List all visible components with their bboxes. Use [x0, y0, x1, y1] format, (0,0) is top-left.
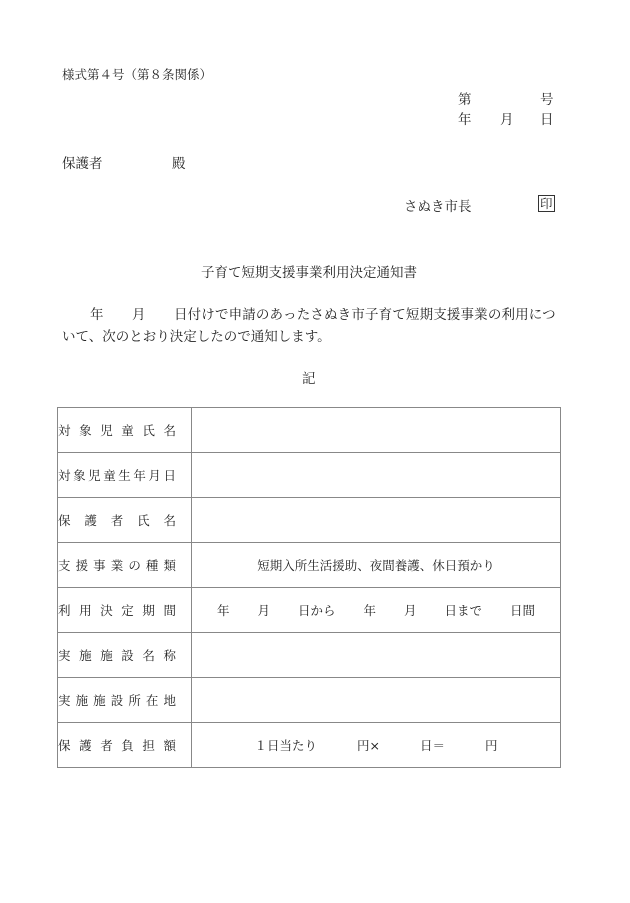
addressee-honorific: 殿 — [172, 152, 186, 172]
table-row: 実施施設所在地 — [58, 678, 561, 723]
row-label: 保護者負担額 — [58, 723, 192, 768]
table-row: 実施施設名称 — [58, 633, 561, 678]
child-birthdate-field — [192, 453, 561, 498]
doc-number-suffix: 号 — [540, 88, 554, 108]
row-label: 支援事業の種類 — [58, 543, 192, 588]
cost-per-day-label: １日当たり — [254, 736, 317, 754]
issuer-name: さぬき市長 — [404, 195, 472, 215]
table-row: 対象児童氏名 — [58, 408, 561, 453]
facility-name-field — [192, 633, 561, 678]
date-year: 年 — [458, 108, 472, 128]
period-start-month: 月 — [257, 601, 270, 619]
cost-days-equals: 日＝ — [420, 736, 445, 754]
label-text: 保護者氏名 — [58, 511, 176, 529]
row-label: 利用決定期間 — [58, 588, 192, 633]
ki-heading: 記 — [302, 367, 316, 387]
date-day: 日 — [540, 108, 554, 128]
decision-table: 対象児童氏名 対象児童生年月日 保護者氏名 支援事業の種類 短期入所生活援助、夜… — [57, 407, 561, 768]
row-label: 対象児童氏名 — [58, 408, 192, 453]
cost-total-yen: 円 — [485, 736, 498, 754]
body-line2: いて、次のとおり決定したので通知します。 — [62, 325, 331, 345]
facility-address-field — [192, 678, 561, 723]
support-type-field: 短期入所生活援助、夜間養護、休日預かり — [192, 543, 561, 588]
label-text: 実施施設名称 — [58, 646, 176, 664]
label-text: 対象児童生年月日 — [58, 466, 176, 484]
date-month: 月 — [500, 108, 514, 128]
period-end-month: 月 — [404, 601, 417, 619]
child-name-field — [192, 408, 561, 453]
period-start-year: 年 — [217, 601, 230, 619]
row-label: 実施施設名称 — [58, 633, 192, 678]
body-month: 月 — [132, 303, 146, 323]
guardian-name-field — [192, 498, 561, 543]
seal-mark: 印 — [538, 195, 555, 212]
cost-yen-times: 円× — [357, 736, 380, 754]
period-days: 日間 — [510, 601, 535, 619]
addressee-label: 保護者 — [62, 152, 103, 172]
row-label: 実施施設所在地 — [58, 678, 192, 723]
label-text: 実施施設所在地 — [58, 691, 176, 709]
doc-number-prefix: 第 — [458, 88, 472, 108]
label-text: 利用決定期間 — [58, 601, 176, 619]
label-text: 対象児童氏名 — [58, 421, 176, 439]
body-line1: 日付けで申請のあったさぬき市子育て短期支援事業の利用につ — [174, 303, 556, 323]
table-row: 保護者負担額 １日当たり円×日＝円 — [58, 723, 561, 768]
period-end-day: 日まで — [445, 601, 483, 619]
row-label: 保護者氏名 — [58, 498, 192, 543]
period-start-day: 日から — [298, 601, 336, 619]
table-row: 対象児童生年月日 — [58, 453, 561, 498]
guardian-cost-field: １日当たり円×日＝円 — [192, 723, 561, 768]
document-title: 子育て短期支援事業利用決定通知書 — [201, 261, 417, 281]
table-row: 利用決定期間 年月日から年月日まで日間 — [58, 588, 561, 633]
label-text: 保護者負担額 — [58, 736, 176, 754]
body-year: 年 — [90, 303, 104, 323]
table-row: 支援事業の種類 短期入所生活援助、夜間養護、休日預かり — [58, 543, 561, 588]
table-row: 保護者氏名 — [58, 498, 561, 543]
period-end-year: 年 — [363, 601, 376, 619]
label-text: 支援事業の種類 — [58, 556, 176, 574]
usage-period-field: 年月日から年月日まで日間 — [192, 588, 561, 633]
form-number: 様式第４号（第８条関係） — [62, 65, 212, 83]
row-label: 対象児童生年月日 — [58, 453, 192, 498]
